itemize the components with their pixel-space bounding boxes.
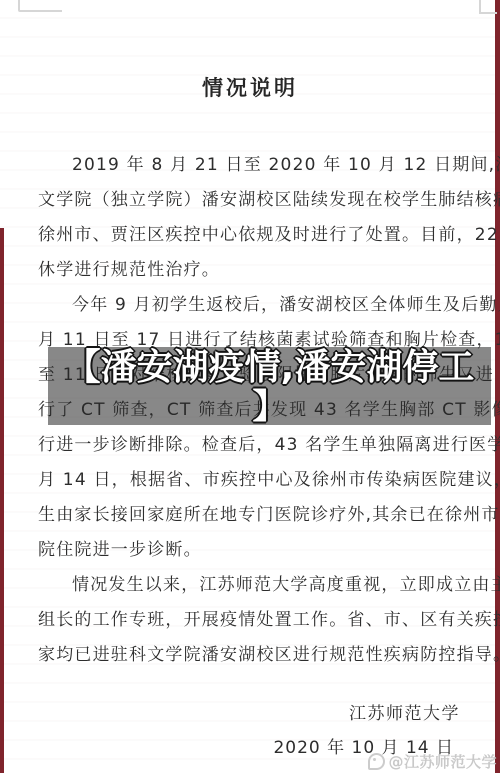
body-line: 休学进行规范性治疗。 (0, 253, 500, 288)
corner-bracket-right-icon (479, 12, 497, 14)
corner-bracket-left-icon (18, 0, 20, 10)
caption-text-line1: 【潘安湖疫情,潘安湖停工 (48, 347, 491, 389)
caption-text-line2: 】 (48, 389, 491, 425)
body-line: 月 14 日，根据省、市疾控中心及徐州市传染病医院建议，除 4 名学 (0, 463, 500, 498)
body-line: 2019 年 8 月 21 日至 2020 年 10 月 12 日期间,江苏师范… (0, 148, 500, 183)
body-line: 组长的工作专班，开展疫情处置工作。省、市、区有关疾控部门、专 (0, 603, 500, 638)
signature: 江苏师范大学 (0, 700, 500, 728)
body-line: 行进一步诊断排除。检查后，43 名学生单独隔离进行医学观察。10 (0, 428, 500, 463)
statement-image: 情况说明 2019 年 8 月 21 日至 2020 年 10 月 12 日期间… (0, 0, 500, 773)
watermark: @江苏师范大学 (368, 751, 497, 772)
watermark-text: @江苏师范大学 (388, 751, 497, 772)
corner-bracket-right-icon (479, 0, 481, 12)
caption-overlay: 【潘安湖疫情,潘安湖停工 】 (48, 347, 491, 425)
body-line: 生由家长接回家庭所在地专门医院诊疗外,其余已在徐州市传染病医 (0, 498, 500, 533)
body-line: 今年 9 月初学生返校后，潘安湖校区全体师生及后勤人员于 9 (0, 288, 500, 323)
body-line: 情况发生以来，江苏师范大学高度重视，立即成立由主要领导任 (0, 568, 500, 603)
body-line: 家均已进驻科文学院潘安湖校区进行规范性疾病防控指导。 (0, 638, 500, 673)
corner-bracket-left-icon (18, 10, 62, 12)
body-line: 文学院（独立学院）潘安湖校区陆续发现在校学生肺结核病例 22 例， (0, 183, 500, 218)
document-title: 情况说明 (0, 72, 500, 102)
body-line: 院住院进一步诊断。 (0, 533, 500, 568)
body-line: 徐州市、贾汪区疾控中心依规及时进行了处置。目前，22 例患者已 (0, 218, 500, 253)
weibo-icon (368, 753, 385, 770)
